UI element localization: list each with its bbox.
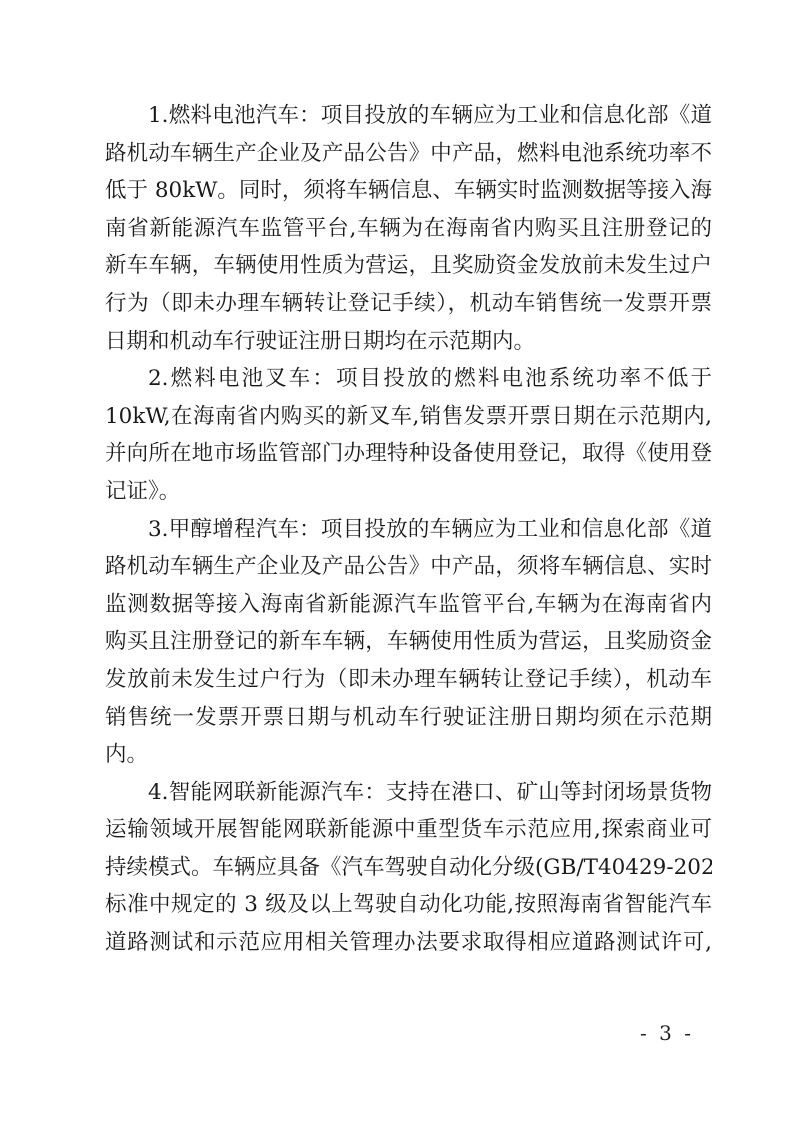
text-line: 监测数据等接入海南省新能源汽车监管平台,车辆为在海南省内	[105, 586, 712, 624]
text-line: 记证》。	[105, 473, 712, 511]
text-line: 标准中规定的 3 级及以上驾驶自动化功能,按照海南省智能汽车	[105, 886, 712, 924]
text-line: 3.甲醇增程汽车：项目投放的车辆应为工业和信息化部《道	[105, 511, 712, 549]
text-line: 并向所在地市场监管部门办理特种设备使用登记，取得《使用登	[105, 435, 712, 473]
page-number: - 3 -	[640, 1021, 694, 1045]
document-body: 1.燃料电池汽车：项目投放的车辆应为工业和信息化部《道 路机动车辆生产企业及产品…	[105, 97, 712, 962]
paragraph-methanol-range-extended-vehicle: 3.甲醇增程汽车：项目投放的车辆应为工业和信息化部《道 路机动车辆生产企业及产品…	[105, 511, 712, 774]
text-line: 持续模式。车辆应具备《汽车驾驶自动化分级(GB/T40429-2021)》	[105, 849, 712, 887]
text-line: 路机动车辆生产企业及产品公告》中产品，燃料电池系统功率不	[105, 135, 712, 173]
text-line: 南省新能源汽车监管平台,车辆为在海南省内购买且注册登记的	[105, 210, 712, 248]
text-line: 1.燃料电池汽车：项目投放的车辆应为工业和信息化部《道	[105, 97, 712, 135]
text-line: 道路测试和示范应用相关管理办法要求取得相应道路测试许可,	[105, 924, 712, 962]
document-page: 1.燃料电池汽车：项目投放的车辆应为工业和信息化部《道 路机动车辆生产企业及产品…	[0, 0, 793, 1122]
text-line: 低于 80kW。同时，须将车辆信息、车辆实时监测数据等接入海	[105, 172, 712, 210]
text-line: 运输领域开展智能网联新能源中重型货车示范应用,探索商业可	[105, 811, 712, 849]
text-line: 路机动车辆生产企业及产品公告》中产品，须将车辆信息、实时	[105, 548, 712, 586]
text-line: 新车车辆，车辆使用性质为营运，且奖励资金发放前未发生过户	[105, 247, 712, 285]
text-line: 购买且注册登记的新车车辆，车辆使用性质为营运，且奖励资金	[105, 623, 712, 661]
paragraph-fuel-cell-forklift: 2.燃料电池叉车：项目投放的燃料电池系统功率不低于 10kW,在海南省内购买的新…	[105, 360, 712, 510]
text-line: 内。	[105, 736, 712, 774]
paragraph-intelligent-connected-nev: 4.智能网联新能源汽车：支持在港口、矿山等封闭场景货物 运输领域开展智能网联新能…	[105, 774, 712, 962]
text-line: 日期和机动车行驶证注册日期均在示范期内。	[105, 323, 712, 361]
text-line: 销售统一发票开票日期与机动车行驶证注册日期均须在示范期	[105, 699, 712, 737]
text-line: 4.智能网联新能源汽车：支持在港口、矿山等封闭场景货物	[105, 774, 712, 812]
text-line: 2.燃料电池叉车：项目投放的燃料电池系统功率不低于	[105, 360, 712, 398]
text-line: 发放前未发生过户行为（即未办理车辆转让登记手续），机动车	[105, 661, 712, 699]
paragraph-fuel-cell-vehicle: 1.燃料电池汽车：项目投放的车辆应为工业和信息化部《道 路机动车辆生产企业及产品…	[105, 97, 712, 360]
text-line: 行为（即未办理车辆转让登记手续），机动车销售统一发票开票	[105, 285, 712, 323]
text-line: 10kW,在海南省内购买的新叉车,销售发票开票日期在示范期内,	[105, 398, 712, 436]
